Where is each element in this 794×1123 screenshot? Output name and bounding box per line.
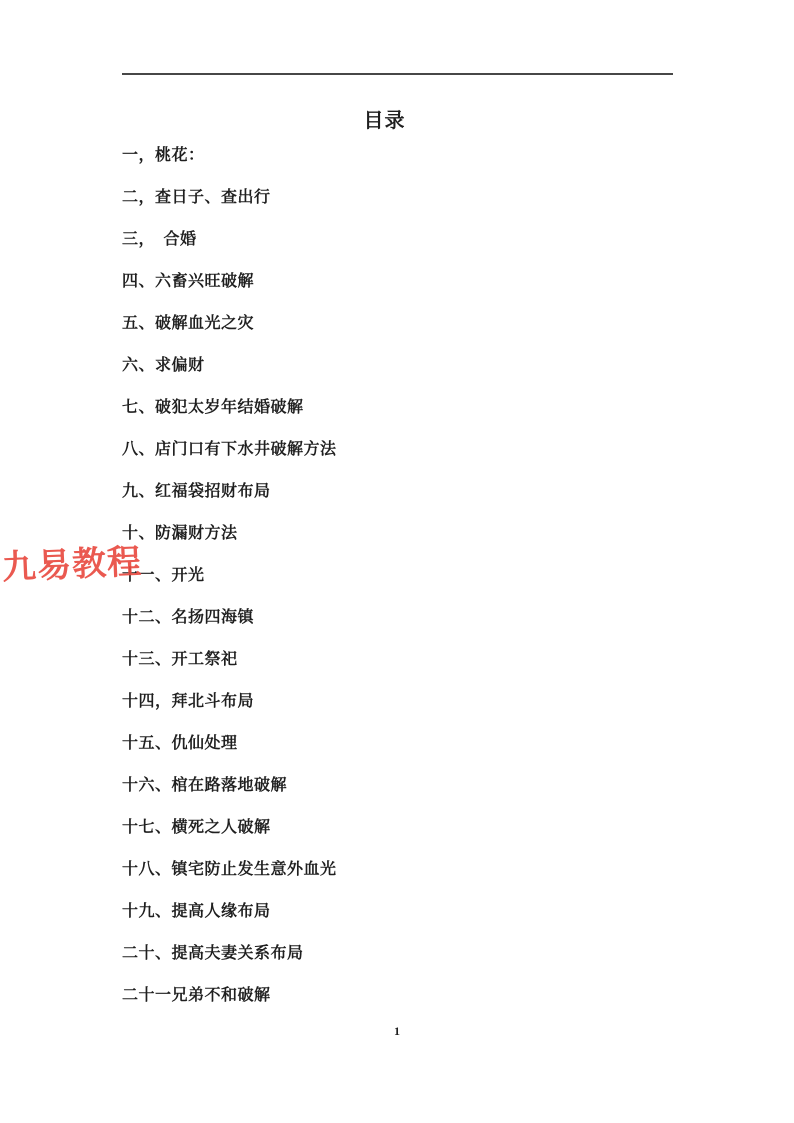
toc-item: 六、求偏财 <box>122 345 682 387</box>
toc-item: 十四，拜北斗布局 <box>122 681 682 723</box>
toc-item: 十九、提高人缘布局 <box>122 891 682 933</box>
toc-item: 十五、仇仙处理 <box>122 723 682 765</box>
toc-item: 四、六畜兴旺破解 <box>122 261 682 303</box>
toc-item: 三， 合婚 <box>122 219 682 261</box>
toc-item: 二，查日子、查出行 <box>122 177 682 219</box>
toc-item: 十七、横死之人破解 <box>122 807 682 849</box>
toc-list: 一，桃花： 二，查日子、查出行 三， 合婚 四、六畜兴旺破解 五、破解血光之灾 … <box>122 135 682 1017</box>
toc-item: 九、红福袋招财布局 <box>122 471 682 513</box>
horizontal-rule <box>122 73 673 75</box>
toc-item: 二十、提高夫妻关系布局 <box>122 933 682 975</box>
toc-item: 二十一兄弟不和破解 <box>122 975 682 1017</box>
toc-item: 五、破解血光之灾 <box>122 303 682 345</box>
toc-item: 十三、开工祭祀 <box>122 639 682 681</box>
toc-item: 十、防漏财方法 <box>122 513 682 555</box>
toc-item: 七、破犯太岁年结婚破解 <box>122 387 682 429</box>
toc-item: 八、店门口有下水井破解方法 <box>122 429 682 471</box>
toc-item: 十八、镇宅防止发生意外血光 <box>122 849 682 891</box>
toc-item: 一，桃花： <box>122 135 682 177</box>
toc-item: 十二、名扬四海镇 <box>122 597 682 639</box>
document-page: 目录 一，桃花： 二，查日子、查出行 三， 合婚 四、六畜兴旺破解 五、破解血光… <box>0 0 794 1123</box>
page-number: 1 <box>0 1024 794 1039</box>
watermark: 九易教程 <box>1 534 143 589</box>
page-title: 目录 <box>122 104 673 133</box>
toc-item: 十一、开光 <box>122 555 682 597</box>
toc-item: 十六、棺在路落地破解 <box>122 765 682 807</box>
